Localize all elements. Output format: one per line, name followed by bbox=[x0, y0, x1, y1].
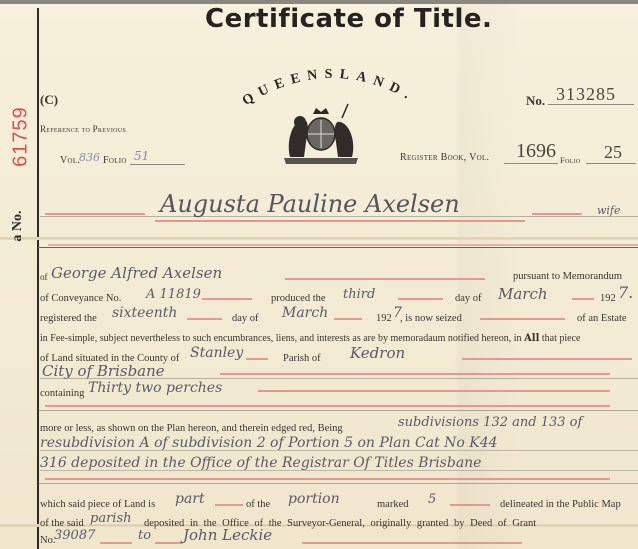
red-rule bbox=[215, 504, 243, 506]
grantee-name: John Leckie bbox=[183, 526, 272, 544]
fee-simple-clause: in Fee-simple, subject nevertheless to s… bbox=[40, 333, 522, 344]
margin-rule bbox=[37, 8, 39, 549]
marked-value: 5 bbox=[428, 492, 436, 507]
register-book-label: Register Book, Vol. bbox=[400, 152, 489, 163]
registered-day: sixteenth bbox=[112, 305, 177, 321]
registered-year-prefix: 192 bbox=[376, 313, 392, 324]
text-fee-simple: in Fee-simple, subject nevertheless to s… bbox=[40, 333, 580, 344]
text-of-the: of the bbox=[246, 499, 270, 510]
grant-number: 39087 bbox=[54, 528, 95, 543]
prev-vol-label: Vol. bbox=[60, 155, 80, 166]
margin-number-block: 61759 a No. bbox=[6, 70, 30, 240]
red-rule bbox=[334, 318, 362, 320]
certificate-no-label: No. bbox=[526, 93, 545, 109]
text-day-of-2: day of bbox=[232, 313, 259, 324]
portion-value: portion bbox=[288, 491, 340, 507]
margin-number: 61759 bbox=[10, 92, 33, 182]
page-title: Certificate of Title. bbox=[205, 4, 492, 34]
red-rule bbox=[450, 504, 490, 506]
rule bbox=[586, 163, 636, 164]
text-which-said: which said piece of Land is bbox=[40, 499, 155, 510]
text-marked: marked bbox=[377, 499, 409, 510]
red-rule bbox=[246, 358, 268, 360]
register-folio: 25 bbox=[604, 142, 622, 163]
rule bbox=[504, 163, 558, 164]
section-divider bbox=[38, 483, 638, 484]
registered-month: March bbox=[282, 305, 328, 321]
red-rule bbox=[48, 244, 638, 246]
red-rule bbox=[572, 298, 594, 300]
red-rule bbox=[155, 220, 525, 222]
red-rule bbox=[155, 542, 183, 544]
text-containing: containing bbox=[40, 388, 84, 399]
red-rule bbox=[302, 542, 522, 544]
grant-to: to bbox=[138, 528, 151, 543]
proprietor-relation: wife bbox=[597, 204, 621, 217]
conveyance-number: A 11819 bbox=[146, 287, 201, 302]
parish-name: Kedron bbox=[350, 344, 405, 362]
red-rule bbox=[480, 318, 565, 320]
description-line-2: resubdivision A of subdivision 2 of Port… bbox=[40, 435, 498, 451]
produced-month: March bbox=[498, 285, 548, 303]
red-rule bbox=[187, 318, 222, 320]
prefix-code: (C) bbox=[40, 92, 58, 108]
red-rule bbox=[202, 298, 252, 300]
text-produced: produced the bbox=[271, 293, 326, 304]
royal-crest-icon bbox=[278, 102, 364, 166]
text-seized: , is now seized bbox=[400, 313, 462, 324]
land-area: Thirty two perches bbox=[88, 380, 222, 396]
rule bbox=[130, 164, 185, 165]
produced-year-digit: 7. bbox=[618, 283, 633, 302]
red-rule bbox=[45, 478, 610, 480]
produced-day: third bbox=[343, 287, 375, 302]
red-rule bbox=[220, 373, 610, 375]
certificate-number: 313285 bbox=[556, 84, 616, 105]
margin-label: a No. bbox=[10, 196, 26, 256]
prev-vol-value: 836 bbox=[79, 151, 100, 164]
text-parish: Parish of bbox=[283, 353, 321, 364]
register-folio-label: Folio bbox=[560, 155, 581, 165]
parish-reference: parish bbox=[90, 511, 132, 526]
description-line-3: 316 deposited in the Office of the Regis… bbox=[40, 455, 481, 471]
red-rule bbox=[45, 213, 145, 215]
red-rule bbox=[398, 298, 443, 300]
register-volume: 1696 bbox=[516, 140, 556, 163]
red-rule bbox=[258, 390, 610, 392]
rule bbox=[40, 470, 638, 471]
text-conveyance: of Conveyance No. bbox=[40, 293, 121, 304]
red-rule bbox=[100, 542, 132, 544]
part-value: part bbox=[175, 491, 205, 507]
text-estate: of an Estate bbox=[577, 313, 627, 324]
red-rule bbox=[532, 213, 582, 215]
text-that-piece: that piece bbox=[542, 333, 581, 344]
fold-crease bbox=[0, 237, 638, 240]
text-pursuant: pursuant to Memorandum bbox=[513, 271, 622, 282]
proprietor-name: Augusta Pauline Axelsen bbox=[160, 190, 460, 218]
produced-year-prefix: 192 bbox=[600, 293, 616, 304]
county-name: Stanley bbox=[190, 345, 243, 361]
red-rule bbox=[285, 278, 485, 280]
text-all: All bbox=[524, 333, 539, 344]
red-rule bbox=[462, 358, 632, 360]
rule bbox=[40, 378, 638, 379]
section-divider bbox=[38, 410, 638, 411]
spouse-name: George Alfred Axelsen bbox=[51, 264, 222, 282]
text-of: of bbox=[40, 272, 48, 282]
red-rule bbox=[45, 405, 610, 407]
description-line-1: subdivisions 132 and 133 of bbox=[398, 415, 582, 430]
reference-label: Reference to Previous bbox=[40, 124, 126, 134]
rule bbox=[548, 104, 634, 105]
text-more-or-less: more or less, as shown on the Plan hereo… bbox=[40, 423, 343, 434]
prev-folio-value: 51 bbox=[134, 149, 149, 163]
rule bbox=[40, 450, 638, 451]
prev-folio-label: Folio bbox=[103, 155, 127, 166]
section-divider bbox=[38, 247, 638, 248]
text-registered: registered the bbox=[40, 313, 97, 324]
text-delineated: delineated in the Public Map bbox=[500, 499, 621, 510]
text-day-of: day of bbox=[455, 293, 482, 304]
